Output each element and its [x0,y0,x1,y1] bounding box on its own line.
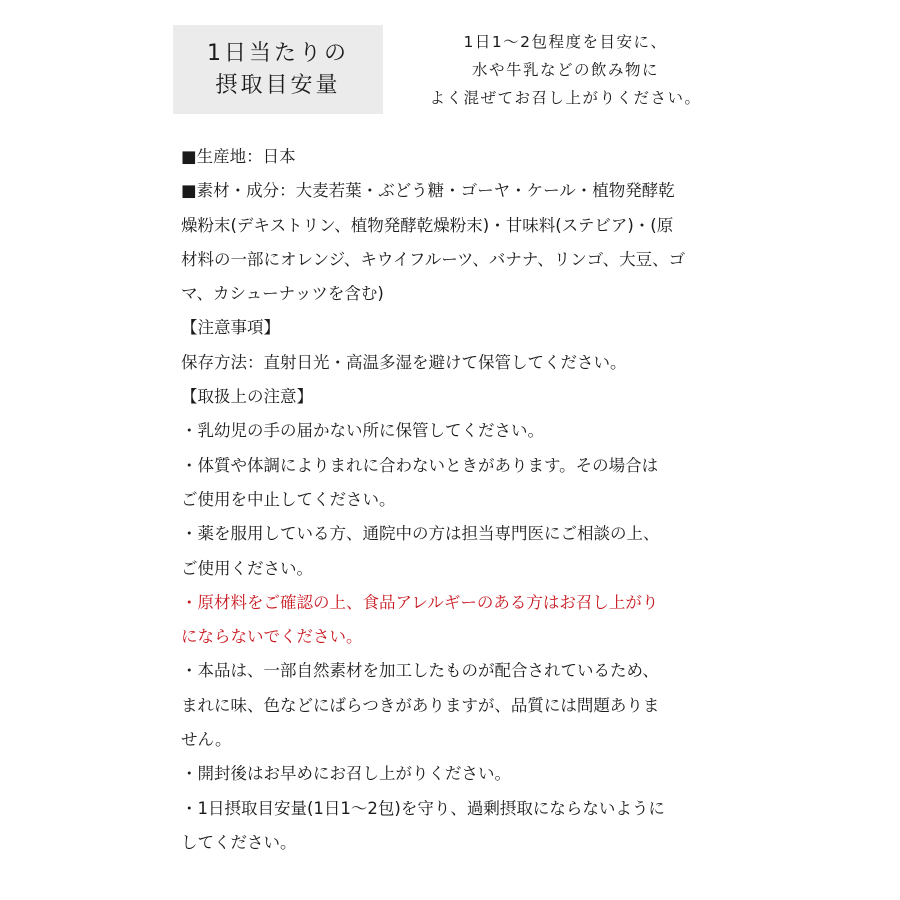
badge-line-1: 1日当たりの [207,38,349,70]
allergy-warning-2: にならないでください。 [181,620,741,654]
note-medication-2: ご使用ください。 [181,552,741,586]
dosage-line-3: よく混ぜてお召し上がりください。 [429,84,701,112]
note-natural-1: ・本品は、一部自然素材を加工したものが配合されているため、 [181,654,741,688]
daily-intake-badge: 1日当たりの 摂取目安量 [173,25,383,114]
ingredients-line-3: 材料の一部にオレンジ、キウイフルーツ、バナナ、リンゴ、大豆、ゴ [181,243,741,277]
product-details: ■生産地：日本 ■素材・成分：大麦若葉・ぶどう糖・ゴーヤ・ケール・植物発酵乾 燥… [181,140,741,860]
ingredients-line-4: マ、カシューナッツを含む) [181,277,741,311]
intake-header: 1日当たりの 摂取目安量 1日1～2包程度を目安に、 水や牛乳などの飲み物に よ… [173,25,733,115]
note-dosage-1: ・1日摂取目安量(1日1～2包)を守り、過剰摂取にならないように [181,792,741,826]
allergy-warning-1: ・原材料をご確認の上、食品アレルギーのある方はお召し上がり [181,586,741,620]
dosage-instructions: 1日1～2包程度を目安に、 水や牛乳などの飲み物に よく混ぜてお召し上がりくださ… [393,25,738,114]
note-constitution-1: ・体質や体調によりまれに合わないときがあります。その場合は [181,449,741,483]
note-natural-3: せん。 [181,723,741,757]
handling-heading: 【取扱上の注意】 [181,380,741,414]
ingredients-line-2: 燥粉末(デキストリン、植物発酵乾燥粉末)・甘味料(ステビア)・(原 [181,209,741,243]
note-medication-1: ・薬を服用している方、通院中の方は担当専門医にご相談の上、 [181,517,741,551]
note-children: ・乳幼児の手の届かない所に保管してください。 [181,414,741,448]
note-constitution-2: ご使用を中止してください。 [181,483,741,517]
note-natural-2: まれに味、色などにばらつきがありますが、品質には問題ありま [181,689,741,723]
dosage-line-1: 1日1～2包程度を目安に、 [463,28,667,56]
origin-line: ■生産地：日本 [181,140,741,174]
ingredients-line-1: ■素材・成分：大麦若葉・ぶどう糖・ゴーヤ・ケール・植物発酵乾 [181,174,741,208]
precautions-heading: 【注意事項】 [181,311,741,345]
note-dosage-2: してください。 [181,826,741,860]
note-after-opening: ・開封後はお早めにお召し上がりください。 [181,757,741,791]
badge-line-2: 摂取目安量 [215,70,340,102]
dosage-line-2: 水や牛乳などの飲み物に [472,56,659,84]
storage-line: 保存方法：直射日光・高温多湿を避けて保管してください。 [181,346,741,380]
